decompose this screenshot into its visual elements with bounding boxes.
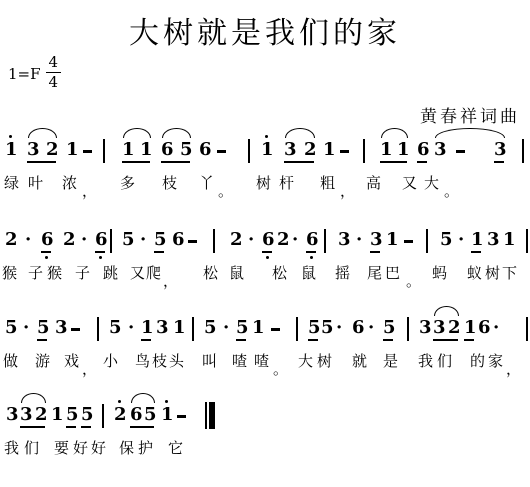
lyric: 。	[273, 358, 288, 379]
lyric: 的	[470, 350, 485, 371]
song-title: 大树就是我们的家	[0, 8, 530, 52]
lyric: 蚁	[467, 262, 482, 283]
lyric: 头	[169, 350, 184, 371]
note-1: 1	[51, 405, 64, 425]
barline	[526, 317, 528, 341]
lyric: 枝	[152, 350, 167, 371]
key-signature: 1=F 4 4	[8, 54, 61, 90]
lyric: 好	[73, 437, 88, 458]
lyric: 喳	[232, 350, 247, 371]
augmentation-dot: ·	[493, 318, 499, 338]
slur-arc	[381, 128, 408, 138]
note-6: 6	[172, 230, 185, 250]
eighth-beam	[262, 251, 272, 253]
music-line-1: 132111656132111633绿叶浓，多枝丫。树杆粗，高又大。	[0, 128, 530, 206]
eighth-beam	[471, 251, 481, 253]
slur-arc	[21, 393, 46, 403]
lyric: 松	[272, 262, 287, 283]
note-5: 5	[383, 318, 396, 338]
augmentation-dot: ·	[81, 230, 87, 250]
eighth-beam	[308, 339, 318, 341]
eighth-beam	[27, 161, 56, 163]
barline	[526, 229, 528, 253]
lyric: 尾	[367, 262, 382, 283]
lyric: 鼠	[301, 262, 316, 283]
lyric: 多	[120, 172, 135, 193]
slur-arc	[131, 393, 155, 403]
eighth-beam	[417, 161, 427, 163]
final-barline-thin	[205, 402, 207, 429]
note-1: 1	[503, 230, 516, 250]
lyric: 家	[488, 350, 503, 371]
slur-arc	[123, 128, 151, 138]
eighth-beam	[81, 426, 91, 428]
lyric: 粗	[320, 172, 335, 193]
lyric: 叫	[202, 350, 217, 371]
eighth-beam	[284, 161, 314, 163]
duration-dash	[188, 240, 197, 243]
duration-dash	[71, 328, 80, 331]
note-5: 5	[109, 318, 122, 338]
augmentation-dot: ·	[356, 230, 362, 250]
note-1: 1	[252, 318, 265, 338]
lyric: 又	[130, 262, 145, 283]
lyric: ，	[506, 358, 521, 379]
lyric: 松	[203, 262, 218, 283]
barline	[407, 317, 409, 341]
note-1: 1	[66, 140, 79, 160]
note-5: 5	[122, 230, 135, 250]
lyric: 大	[298, 350, 313, 371]
duration-dash	[271, 328, 280, 331]
note-1: 1	[323, 140, 336, 160]
slur-arc	[28, 128, 57, 138]
lyric: 。	[218, 180, 233, 201]
augmentation-dot: ·	[248, 230, 254, 250]
eighth-beam	[95, 251, 105, 253]
lyric: 跳	[103, 262, 118, 283]
lyric: 鼠	[229, 262, 244, 283]
lyric: 猴	[2, 262, 17, 283]
note-3: 3	[494, 140, 507, 160]
lyric: 摇	[335, 262, 350, 283]
note-2: 2	[63, 230, 76, 250]
lyric: 叶	[28, 172, 43, 193]
octave-dot-above	[165, 400, 168, 403]
barline	[103, 139, 105, 163]
note-1: 1	[471, 230, 484, 250]
barline	[102, 404, 104, 428]
lyric: 要	[54, 437, 69, 458]
note-2: 2	[448, 318, 461, 338]
duration-dash	[340, 150, 349, 153]
music-line-4: 3321552651我们要好好保护它	[0, 393, 530, 471]
note-1: 1	[122, 140, 135, 160]
slur-arc	[435, 128, 505, 138]
note-5: 5	[440, 230, 453, 250]
lyric: 蚂	[432, 262, 447, 283]
octave-dot-below	[45, 256, 48, 259]
note-2: 2	[230, 230, 243, 250]
note-1: 1	[161, 405, 174, 425]
duration-dash	[83, 150, 92, 153]
lyric: 我	[418, 350, 433, 371]
note-3: 3	[55, 318, 68, 338]
eighth-beam	[236, 339, 246, 341]
eighth-beam	[380, 161, 407, 163]
octave-dot-above	[265, 135, 268, 138]
sheet-music-page: 大树就是我们的家 1=F 4 4 黄春祥词曲 13211165613211163…	[0, 0, 530, 487]
eighth-beam	[154, 251, 164, 253]
note-3: 3	[156, 318, 169, 338]
final-barline-thick	[209, 402, 215, 429]
note-1: 1	[380, 140, 393, 160]
note-5: 5	[81, 405, 94, 425]
slur-arc	[285, 128, 315, 138]
augmentation-dot: ·	[292, 230, 298, 250]
lyric: 巴	[385, 262, 400, 283]
note-6: 6	[262, 230, 275, 250]
note-2: 2	[46, 140, 59, 160]
lyric: 护	[138, 437, 153, 458]
lyric: 树	[317, 350, 332, 371]
eighth-beam	[20, 426, 45, 428]
note-2: 2	[35, 405, 48, 425]
lyric: 保	[119, 437, 134, 458]
lyric: 游	[35, 350, 50, 371]
augmentation-dot: ·	[23, 318, 29, 338]
note-3: 3	[338, 230, 351, 250]
lyric: 浓	[62, 172, 77, 193]
note-6: 6	[130, 405, 143, 425]
octave-dot-below	[310, 256, 313, 259]
lyric: 就	[352, 350, 367, 371]
lyric: 它	[168, 437, 183, 458]
lyric: 树	[256, 172, 271, 193]
note-2: 2	[304, 140, 317, 160]
time-signature: 4 4	[46, 54, 62, 90]
composer-credit: 黄春祥词曲	[420, 102, 520, 127]
duration-dash	[177, 415, 186, 418]
note-6: 6	[352, 318, 365, 338]
note-5: 5	[236, 318, 249, 338]
barline	[248, 139, 250, 163]
eighth-beam	[383, 339, 393, 341]
note-1: 1	[5, 140, 18, 160]
lyric: 大	[424, 172, 439, 193]
note-3: 3	[6, 405, 19, 425]
note-2: 2	[114, 405, 127, 425]
note-6: 6	[161, 140, 174, 160]
time-denominator: 4	[49, 73, 59, 91]
lyric: 好	[91, 437, 106, 458]
eighth-beam	[41, 251, 51, 253]
eighth-beam	[122, 161, 150, 163]
note-5: 5	[321, 318, 334, 338]
barline	[522, 139, 524, 163]
lyric: 喳	[254, 350, 269, 371]
lyric: 绿	[4, 172, 19, 193]
note-1: 1	[261, 140, 274, 160]
lyric: 是	[383, 350, 398, 371]
eighth-beam	[464, 339, 474, 341]
note-1: 1	[141, 318, 154, 338]
barline	[324, 229, 326, 253]
note-6: 6	[417, 140, 430, 160]
note-3: 3	[419, 318, 432, 338]
lyric: 鸟	[135, 350, 150, 371]
note-1: 1	[386, 230, 399, 250]
note-6: 6	[306, 230, 319, 250]
note-1: 1	[397, 140, 410, 160]
eighth-beam	[66, 426, 76, 428]
lyric: 。	[406, 270, 421, 291]
note-3: 3	[434, 140, 447, 160]
octave-dot-above	[9, 135, 12, 138]
note-6: 6	[41, 230, 54, 250]
eighth-beam	[494, 161, 504, 163]
time-numerator: 4	[46, 54, 62, 73]
lyric: 小	[103, 350, 118, 371]
note-3: 3	[284, 140, 297, 160]
augmentation-dot: ·	[458, 230, 464, 250]
slur-arc	[434, 306, 459, 316]
note-1: 1	[464, 318, 477, 338]
eighth-beam	[161, 161, 190, 163]
lyric: 做	[3, 350, 18, 371]
octave-dot-below	[99, 256, 102, 259]
duration-dash	[217, 150, 226, 153]
note-6: 6	[199, 140, 212, 160]
note-5: 5	[37, 318, 50, 338]
barline	[192, 317, 194, 341]
note-1: 1	[140, 140, 153, 160]
note-5: 5	[308, 318, 321, 338]
augmentation-dot: ·	[25, 230, 31, 250]
octave-dot-below	[266, 256, 269, 259]
barline	[426, 229, 428, 253]
lyric: 高	[366, 172, 381, 193]
note-5: 5	[144, 405, 157, 425]
barline	[363, 139, 365, 163]
duration-dash	[456, 150, 465, 153]
lyric: 子	[75, 262, 90, 283]
note-2: 2	[5, 230, 18, 250]
music-line-3: 5·535·1315·5155·6·533216·做游戏，小鸟枝头叫喳喳。大树就…	[0, 306, 530, 384]
note-3: 3	[487, 230, 500, 250]
note-2: 2	[277, 230, 290, 250]
eighth-beam	[433, 339, 458, 341]
barline	[110, 229, 112, 253]
note-3: 3	[433, 318, 446, 338]
note-1: 1	[173, 318, 186, 338]
lyric: 又	[402, 172, 417, 193]
lyric: 猴	[47, 262, 62, 283]
key-prefix: 1=F	[8, 65, 41, 83]
lyric: 下	[502, 262, 517, 283]
duration-dash	[404, 240, 413, 243]
lyric: 杆	[279, 172, 294, 193]
eighth-beam	[370, 251, 380, 253]
note-5: 5	[154, 230, 167, 250]
note-6: 6	[95, 230, 108, 250]
lyric: 们	[437, 350, 452, 371]
note-3: 3	[27, 140, 40, 160]
note-5: 5	[180, 140, 193, 160]
lyric: 爬	[146, 262, 161, 283]
note-5: 5	[5, 318, 18, 338]
eighth-beam	[306, 251, 316, 253]
lyric: 戏	[64, 350, 79, 371]
eighth-beam	[37, 339, 47, 341]
barline	[97, 317, 99, 341]
octave-dot-above	[118, 400, 121, 403]
note-5: 5	[204, 318, 217, 338]
augmentation-dot: ·	[140, 230, 146, 250]
augmentation-dot: ·	[128, 318, 134, 338]
lyric: ，	[163, 270, 178, 291]
lyric: 我	[4, 437, 19, 458]
augmentation-dot: ·	[336, 318, 342, 338]
eighth-beam	[141, 339, 151, 341]
lyric: 。	[444, 180, 459, 201]
lyric: 们	[24, 437, 39, 458]
eighth-beam	[130, 426, 154, 428]
barline	[213, 229, 215, 253]
note-6: 6	[478, 318, 491, 338]
lyric: ，	[340, 180, 355, 201]
augmentation-dot: ·	[223, 318, 229, 338]
note-3: 3	[20, 405, 33, 425]
slur-arc	[162, 128, 191, 138]
augmentation-dot: ·	[368, 318, 374, 338]
lyric: 枝	[162, 172, 177, 193]
lyric: 丫	[199, 172, 214, 193]
lyric: 子	[28, 262, 43, 283]
lyric: 树	[485, 262, 500, 283]
note-5: 5	[66, 405, 79, 425]
lyric: ，	[82, 358, 97, 379]
barline	[296, 317, 298, 341]
lyric: ，	[82, 180, 97, 201]
music-line-2: 2·62·65·562·62·63·315·131猴子猴子跳又爬，松鼠松鼠摇尾巴…	[0, 218, 530, 296]
note-3: 3	[370, 230, 383, 250]
